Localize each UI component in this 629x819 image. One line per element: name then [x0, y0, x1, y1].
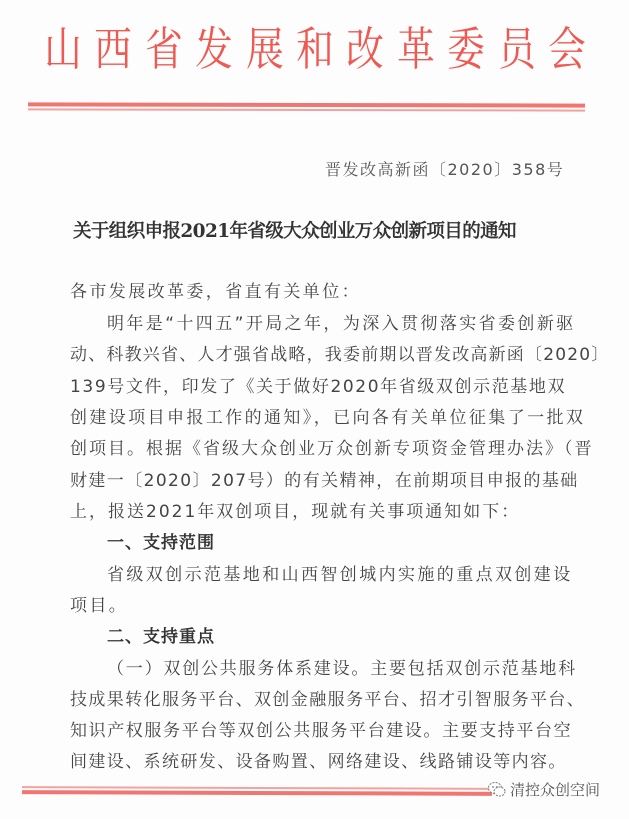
- letterhead-char: 西: [95, 26, 133, 72]
- salutation: 各市发展改革委，省直有关单位：: [70, 282, 361, 302]
- footer-rule-thin: [22, 786, 492, 789]
- letterhead-char: 和: [296, 26, 334, 72]
- paragraph-line: 项目。: [70, 596, 128, 616]
- paragraph-line: 明年是“十四五”开局之年，为深入贯彻落实省委创新驱: [107, 314, 576, 334]
- footer-rule-thick: [22, 790, 492, 796]
- document-title: 关于组织申报2021年省级大众创业万众创新项目的通知: [73, 217, 516, 243]
- paragraph-line: （一）双创公共服务体系建设。主要包括双创示范基地科: [107, 659, 577, 679]
- paragraph-line: 知识产权服务平台等双创公共服务平台建设。主要支持平台空: [70, 721, 572, 741]
- section-heading-focus: 二、支持重点: [107, 627, 215, 647]
- paragraph-line: 技成果转化服务平台、双创金融服务平台、招才引智服务平台、: [70, 690, 585, 710]
- paragraph-line: 省级双创示范基地和山西智创城内实施的重点双创建设: [107, 565, 573, 585]
- watermark: 清控众创空间: [487, 779, 600, 800]
- letterhead-title: 山 西 省 发 展 和 改 革 委 员 会: [40, 18, 590, 80]
- paragraph-line: 财建一〔2020〕207号）的有关精神，在前期项目申报的基础: [70, 471, 579, 491]
- header-rule-thin: [28, 108, 585, 111]
- paragraph-line: 间建设、系统研发、设备购置、网络建设、线路铺设等内容。: [70, 752, 567, 772]
- watermark-label: 清控众创空间: [510, 779, 600, 800]
- letterhead-char: 革: [397, 26, 435, 72]
- letterhead-char: 展: [246, 26, 284, 72]
- paragraph-line: 上，报送2021年双创项目，现就有关事项通知如下：: [70, 502, 520, 522]
- letterhead-char: 会: [548, 26, 586, 72]
- header-rule-thick: [28, 102, 585, 107]
- document-number: 晋发改高新函〔2020〕358号: [325, 157, 564, 180]
- letterhead-char: 省: [145, 26, 183, 72]
- section-heading-scope: 一、支持范围: [107, 533, 215, 553]
- document-page: 山 西 省 发 展 和 改 革 委 员 会 晋发改高新函〔2020〕358号 关…: [0, 0, 629, 819]
- letterhead-char: 发: [195, 26, 233, 72]
- wechat-icon: [487, 781, 507, 798]
- letterhead-char: 员: [498, 26, 536, 72]
- letterhead-char: 委: [447, 26, 485, 72]
- paragraph-line: 139号文件，印发了《关于做好2020年省级双创示范基地双: [70, 377, 566, 397]
- letterhead-char: 改: [346, 26, 384, 72]
- paragraph-line: 创项目。根据《省级大众创业万众创新专项资金管理办法》（晋: [70, 439, 594, 459]
- paragraph-line: 动、科教兴省、人才强省战略，我委前期以晋发改高新函〔2020〕: [70, 345, 609, 365]
- paragraph-line: 创建设项目申报工作的通知》，已向各有关单位征集了一批双: [70, 408, 585, 428]
- letterhead-char: 山: [44, 26, 82, 72]
